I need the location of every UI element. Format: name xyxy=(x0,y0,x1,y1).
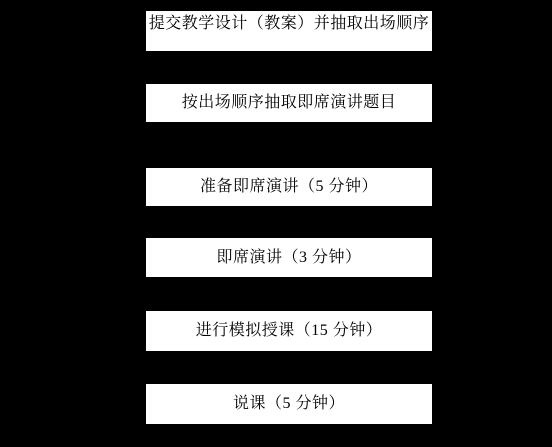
flow-step-box: 即席演讲（3 分钟） xyxy=(145,237,433,278)
flow-step-label: 提交教学设计（教案）并抽取出场顺序 xyxy=(149,14,430,34)
flow-step-box: 说课（5 分钟） xyxy=(145,383,433,425)
flow-step-label: 按出场顺序抽取即席演讲题目 xyxy=(182,93,397,113)
flowchart-canvas: 提交教学设计（教案）并抽取出场顺序 按出场顺序抽取即席演讲题目 准备即席演讲（5… xyxy=(0,0,552,447)
flow-step-box: 进行模拟授课（15 分钟） xyxy=(145,310,433,352)
flow-step-label: 准备即席演讲（5 分钟） xyxy=(200,177,378,197)
flow-step-box: 提交教学设计（教案）并抽取出场顺序 xyxy=(145,10,433,52)
flow-step-label: 即席演讲（3 分钟） xyxy=(216,248,361,268)
flow-step-box: 准备即席演讲（5 分钟） xyxy=(145,167,433,207)
flow-step-label: 说课（5 分钟） xyxy=(233,394,345,414)
flow-step-box: 按出场顺序抽取即席演讲题目 xyxy=(145,83,433,123)
flow-step-label: 进行模拟授课（15 分钟） xyxy=(196,321,383,341)
